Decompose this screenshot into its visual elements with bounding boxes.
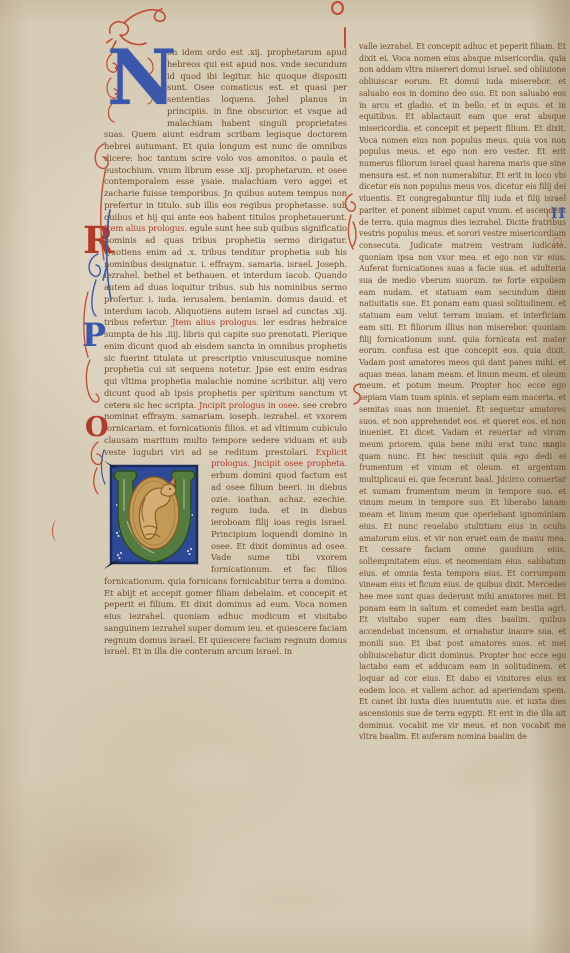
rubric-text: Jncipit prologus in osee. — [199, 400, 303, 410]
parchment-stain — [40, 820, 190, 910]
latin-text: ler esdras hebraice sumpta de his .iiij.… — [104, 317, 347, 409]
running-title-letter-text: O — [0, 0, 1, 1]
running-title-letter-o — [331, 1, 344, 15]
red-crescent-mark — [52, 520, 63, 542]
text-column-left: N on idem ordo est .xij. prophetarum apu… — [104, 47, 347, 658]
margin-initial-p: P — [82, 316, 106, 354]
drop-initial-n: N — [104, 48, 160, 124]
parchment-stain — [150, 740, 270, 800]
chapter-numeral: II — [551, 206, 566, 222]
latin-text: valle iezrahel. Et concepit adhuc et pep… — [359, 42, 566, 741]
parchment-stain — [430, 740, 540, 810]
latin-text: egule sunt hee sub quibus significatio n… — [104, 223, 347, 327]
rubric-text: Jtem alius prologus. — [104, 223, 190, 233]
red-ring-mark — [553, 237, 562, 246]
historiated-initial-artwork — [104, 461, 203, 569]
parchment-stain — [200, 870, 380, 930]
drop-initial-letter: N — [107, 38, 176, 118]
rubric-text: Jtem alius prologus. — [172, 317, 263, 327]
manuscript-page: O N on idem ordo est .xij. prophetarum a… — [0, 0, 570, 953]
pen-flourish-red-dash — [344, 27, 346, 48]
illuminated-initial-v: V — [104, 461, 203, 569]
margin-note: t.lib — [546, 441, 559, 449]
margin-initial-r: R — [83, 218, 114, 262]
text-column-right: valle iezrahel. Et concepit adhuc et pep… — [359, 41, 566, 743]
margin-initial-o: O — [85, 412, 109, 443]
